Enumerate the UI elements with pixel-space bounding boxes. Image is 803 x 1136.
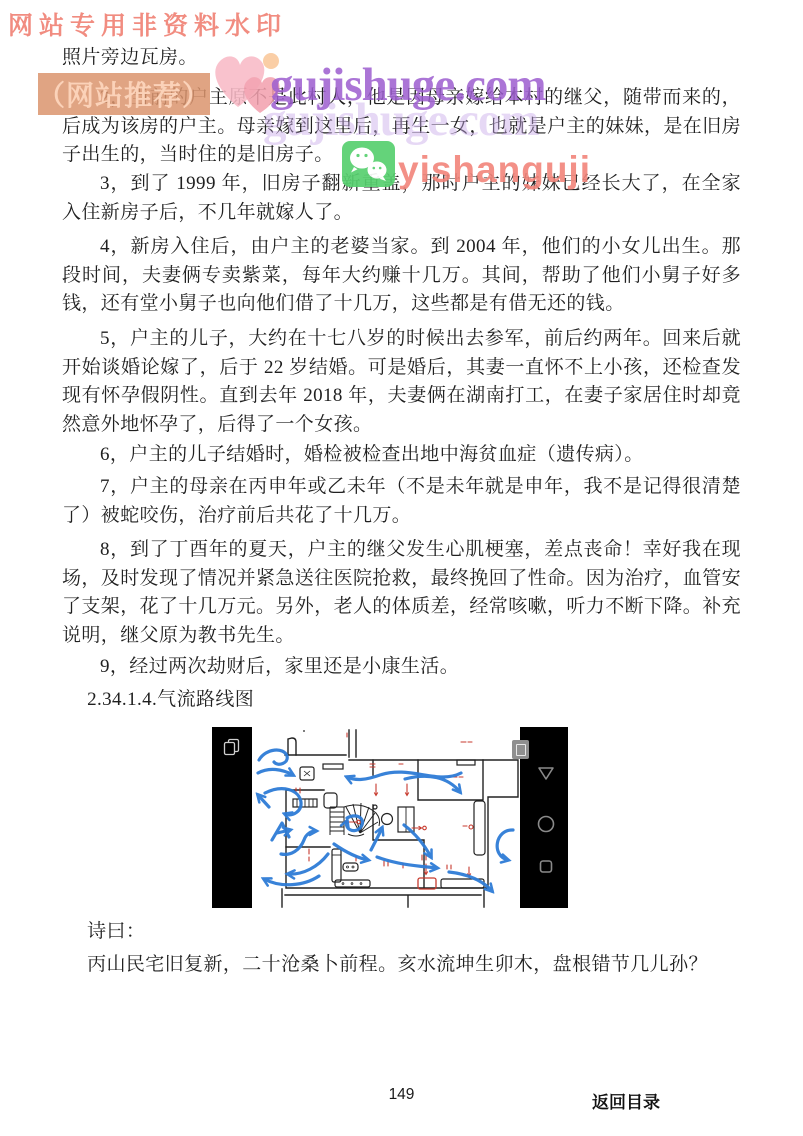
watermark-site-domain: gujishuge.com — [270, 58, 546, 112]
airflow-route-figure — [212, 727, 568, 908]
paragraph-6: 6，户主的儿子结婚时，婚检被检查出地中海贫血症（遗传病）。 — [62, 441, 741, 470]
nav-recents-icon — [541, 861, 552, 872]
nav-home-icon — [539, 817, 554, 832]
page-number: 149 — [0, 1086, 803, 1104]
wechat-icon — [342, 141, 395, 187]
watermark-recommend-text: （网站推荐） — [37, 74, 211, 114]
airflow-arrows — [258, 750, 513, 891]
nav-back-icon — [539, 768, 553, 779]
section-heading: 2.34.1.4.气流路线图 — [62, 686, 741, 715]
screenshot-left-bar — [212, 727, 252, 908]
furniture — [293, 760, 485, 888]
paragraph-5: 5，户主的儿子，大约在十七八岁的时候出去参军，前后约两年。回来后就开始谈婚论嫁了… — [62, 325, 741, 439]
document-page: 网站专用非资料水印 gujishuge.com gujishuge.com （网… — [0, 0, 803, 1136]
watermark-site-notice: 网站专用非资料水印 — [8, 6, 287, 42]
poem-line: 丙山民宅旧复新，二十沧桑卜前程。亥水流坤生卯木，盘根错节几儿孙？ — [62, 951, 741, 980]
paragraph-7: 7，户主的母亲在丙申年或乙未年（不是未年就是申年，我不是记得很清楚了）被蛇咬伤，… — [62, 473, 741, 530]
watermark-recommend-badge: （网站推荐） — [38, 73, 210, 115]
screenshot-tab-icon — [512, 740, 529, 759]
floor-plan-walls — [282, 730, 518, 907]
paragraph-9: 9，经过两次劫财后，家里还是小康生活。 — [62, 653, 741, 682]
watermark-wechat-handle: yishanguji — [398, 149, 591, 191]
pages-icon — [223, 738, 241, 756]
screenshot-right-bar — [520, 727, 568, 908]
poem-label: 诗曰： — [62, 918, 741, 947]
paragraph-8: 8，到了丁酉年的夏天，户主的继父发生心肌梗塞，差点丧命！幸好我在现场，及时发现了… — [62, 536, 741, 650]
red-annotations — [296, 733, 473, 889]
floor-plan-airflow-diagram — [252, 727, 520, 908]
paragraph-4: 4，新房入住后，由户主的老婆当家。到 2004 年，他们的小女儿出生。那段时间，… — [62, 233, 741, 319]
back-to-toc-link[interactable]: 返回目录 — [592, 1088, 660, 1113]
